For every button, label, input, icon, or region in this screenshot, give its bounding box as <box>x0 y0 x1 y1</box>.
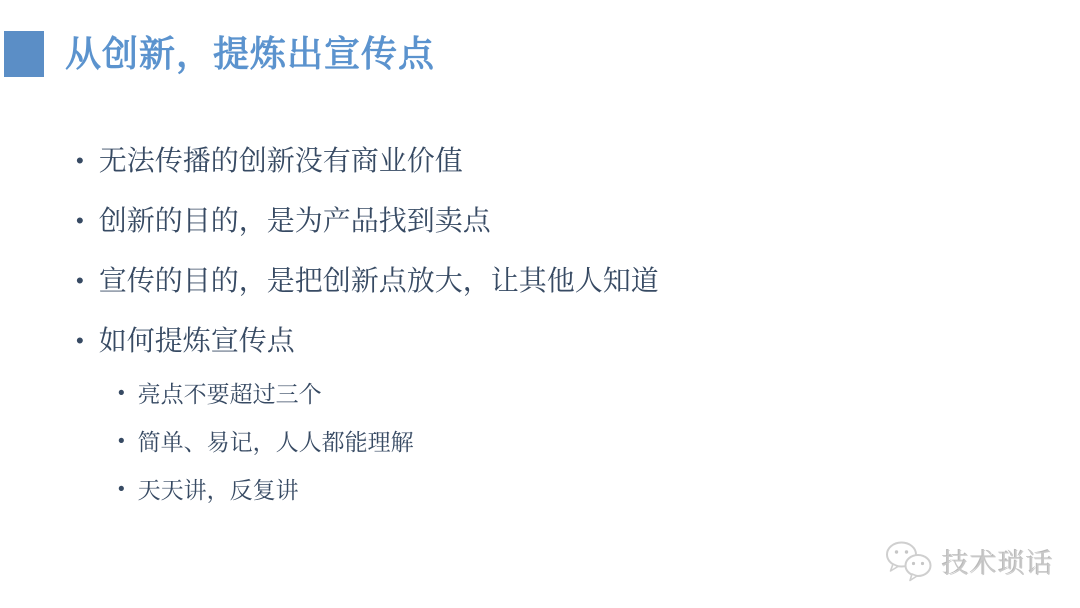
bullet-marker: • <box>76 144 84 178</box>
bullet-list: • 无法传播的创新没有商业价值 • 创新的目的，是为产品找到卖点 • 宣传的目的… <box>76 144 659 358</box>
list-item: • 无法传播的创新没有商业价值 <box>76 144 659 178</box>
presentation-slide: 从创新，提炼出宣传点 • 无法传播的创新没有商业价值 • 创新的目的，是为产品找… <box>0 0 1080 608</box>
watermark-label: 技术琐话 <box>942 542 1054 581</box>
list-item: • 如何提炼宣传点 <box>76 324 659 358</box>
bullet-marker: • <box>76 264 84 298</box>
bullet-marker: • <box>76 204 84 238</box>
list-item: • 宣传的目的，是把创新点放大，让其他人知道 <box>76 264 659 298</box>
bullet-text: 创新的目的，是为产品找到卖点 <box>99 204 491 238</box>
sub-bullet-text: 亮点不要超过三个 <box>138 380 322 408</box>
title-accent-square <box>4 31 44 77</box>
page-title: 从创新，提炼出宣传点 <box>65 31 435 77</box>
bullet-marker: • <box>118 428 125 456</box>
sub-list-item: • 简单、易记，人人都能理解 <box>118 428 659 456</box>
watermark: 技术琐话 <box>884 540 1054 582</box>
slide-body: • 无法传播的创新没有商业价值 • 创新的目的，是为产品找到卖点 • 宣传的目的… <box>76 144 659 524</box>
sub-bullet-text: 简单、易记，人人都能理解 <box>138 428 414 456</box>
bullet-marker: • <box>118 380 125 408</box>
title-bar: 从创新，提炼出宣传点 <box>4 31 435 77</box>
list-item: • 创新的目的，是为产品找到卖点 <box>76 204 659 238</box>
sub-list-item: • 天天讲，反复讲 <box>118 476 659 504</box>
bullet-marker: • <box>118 476 125 504</box>
bullet-text: 无法传播的创新没有商业价值 <box>99 144 463 178</box>
wechat-icon <box>884 540 934 582</box>
sub-bullet-text: 天天讲，反复讲 <box>138 476 299 504</box>
bullet-text: 如何提炼宣传点 <box>99 324 295 358</box>
sub-list-item: • 亮点不要超过三个 <box>118 380 659 408</box>
sub-bullet-list: • 亮点不要超过三个 • 简单、易记，人人都能理解 • 天天讲，反复讲 <box>118 380 659 504</box>
bullet-text: 宣传的目的，是把创新点放大，让其他人知道 <box>99 264 659 298</box>
bullet-marker: • <box>76 324 84 358</box>
